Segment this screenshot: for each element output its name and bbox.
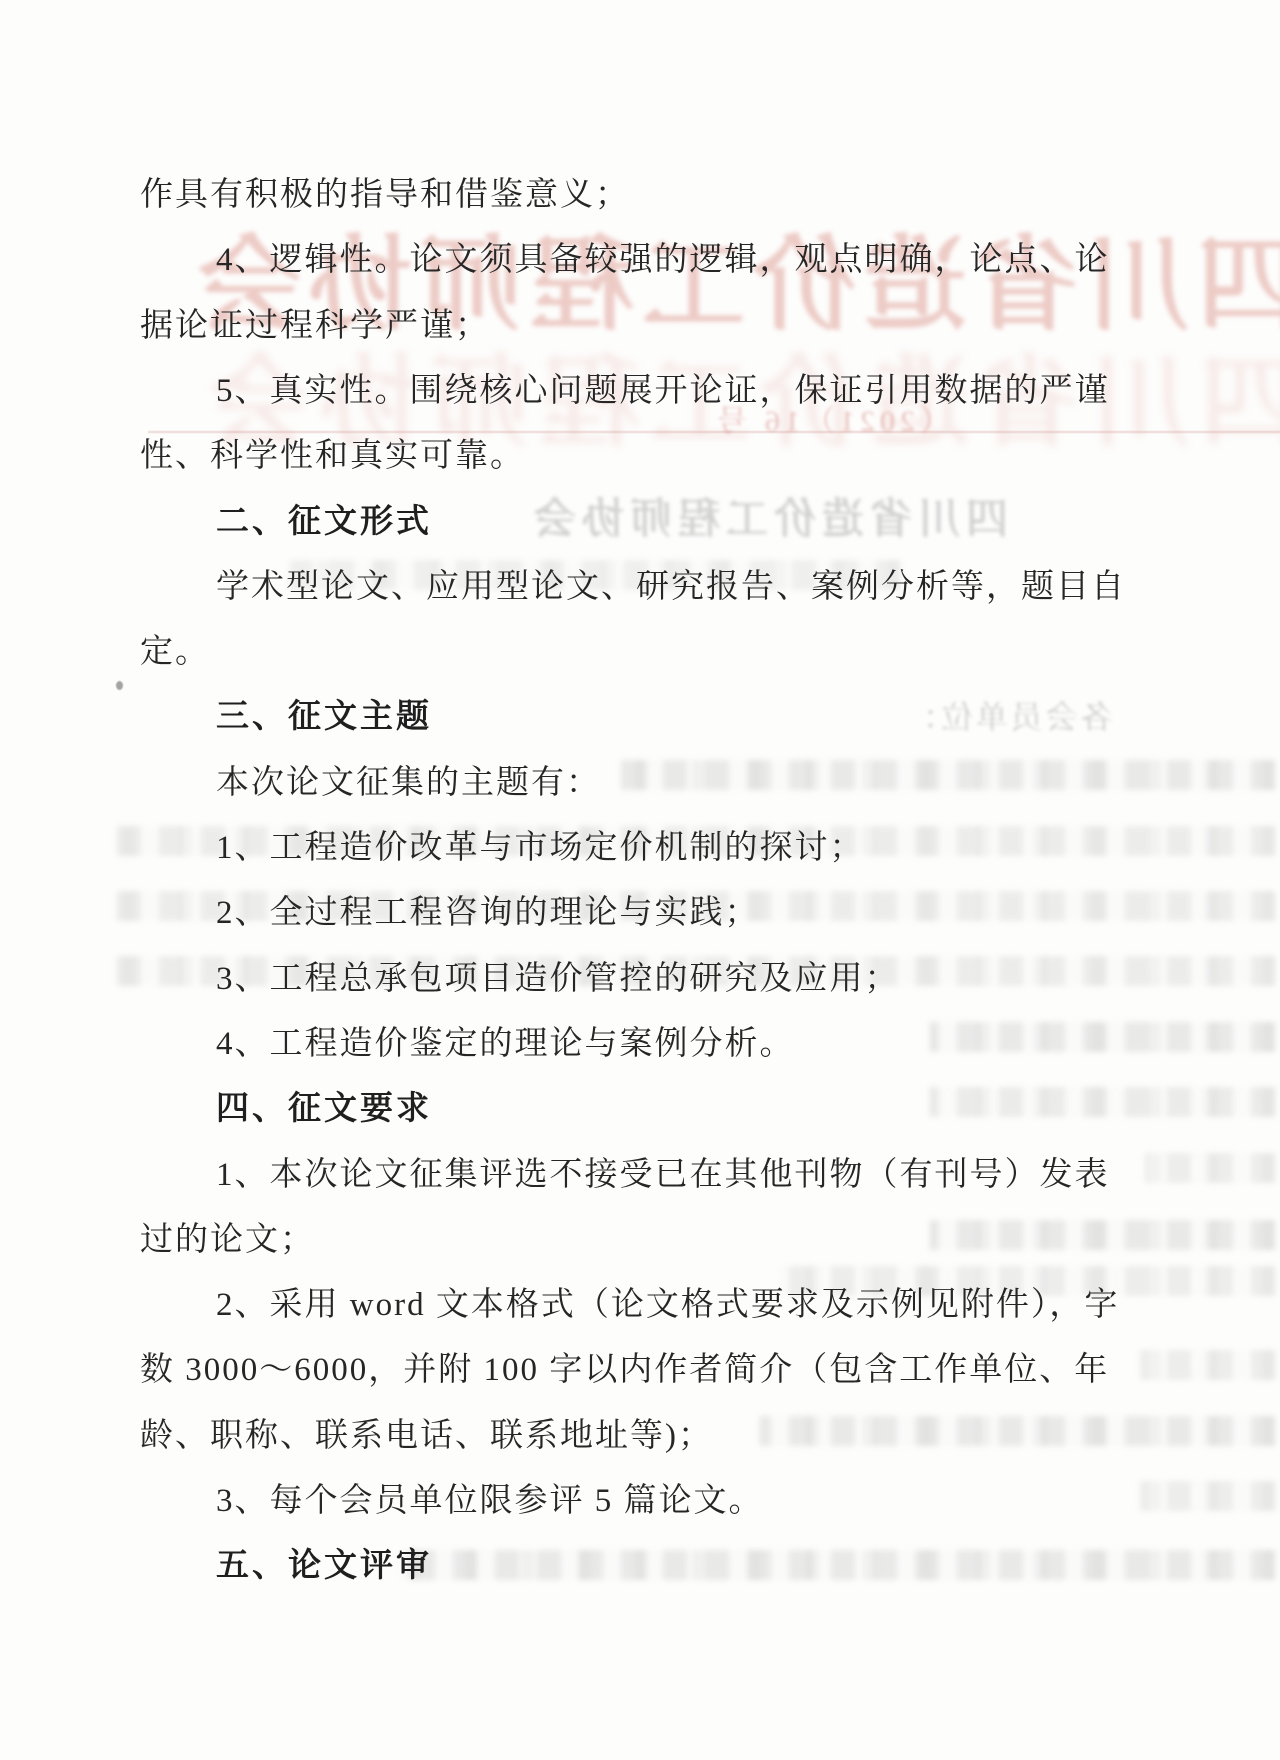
section-heading: 三、征文主题 — [216, 690, 432, 734]
document-line: 性、科学性和真实可靠。 — [140, 429, 525, 473]
document-line: 学术型论文、应用型论文、研究报告、案例分析等，题目自 — [216, 560, 1126, 604]
document-line: 3、工程总承包项目造价管控的研究及应用； — [216, 952, 900, 996]
document-line: 据论证过程科学严谨； — [140, 299, 490, 343]
document-line: 2、全过程工程咨询的理论与实践； — [216, 886, 760, 930]
document-line: 龄、职称、联系电话、联系地址等)； — [140, 1409, 713, 1453]
document-line: 1、工程造价改革与市场定价机制的探讨； — [216, 821, 865, 865]
document-line: 作具有积极的指导和借鉴意义； — [140, 168, 630, 212]
document-line: 4、逻辑性。论文须具备较强的逻辑，观点明确，论点、论 — [216, 233, 1110, 277]
document-line: 定。 — [140, 625, 210, 669]
document-line: 3、每个会员单位限参评 5 篇论文。 — [216, 1474, 764, 1518]
section-heading: 二、征文形式 — [216, 495, 432, 539]
document-line: 1、本次论文征集评选不接受已在其他刊物（有刊号）发表 — [216, 1148, 1110, 1192]
document-line: 2、采用 word 文本格式（论文格式要求及示例见附件），字 — [216, 1278, 1119, 1322]
document-line: 4、工程造价鉴定的理论与案例分析。 — [216, 1017, 795, 1061]
document-line: 5、真实性。围绕核心问题展开论证，保证引用数据的严谨 — [216, 364, 1110, 408]
document-line: 本次论文征集的主题有： — [216, 756, 601, 800]
document-line: 过的论文； — [140, 1213, 315, 1257]
text-layer: 作具有积极的指导和借鉴意义；4、逻辑性。论文须具备较强的逻辑，观点明确，论点、论… — [0, 0, 1280, 1760]
section-heading: 五、论文评审 — [216, 1539, 432, 1583]
scanned-document-page: 四川省造价工程师协会 四川省造价工程师协会 （2021）16 号 四川省造价工程… — [0, 0, 1280, 1760]
section-heading: 四、征文要求 — [216, 1082, 432, 1126]
document-line: 数 3000～6000，并附 100 字以内作者简介（包含工作单位、年 — [140, 1343, 1109, 1387]
